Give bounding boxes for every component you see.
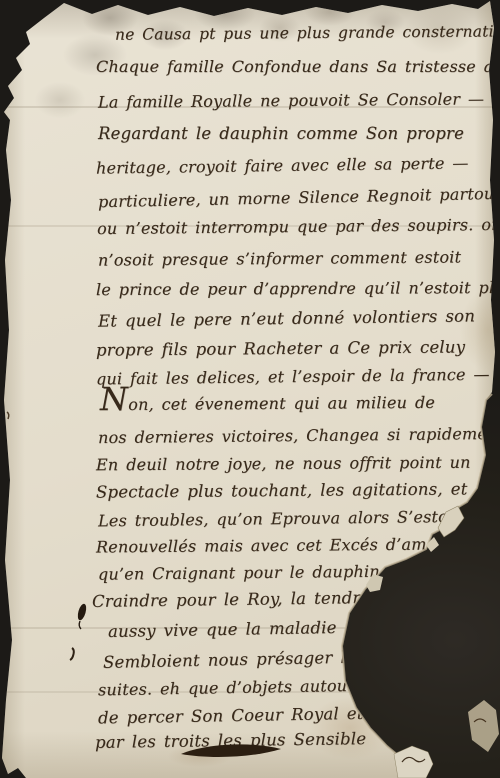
paper-fragment xyxy=(426,537,439,552)
paper-fragment xyxy=(438,506,464,537)
manuscript-photo: { "document": { "kind_label": "handwritt… xyxy=(0,0,500,778)
paper-fragment xyxy=(468,700,499,752)
paper-fragment xyxy=(394,746,433,778)
tear-overlay xyxy=(0,0,500,778)
paper-fragment xyxy=(366,574,383,592)
